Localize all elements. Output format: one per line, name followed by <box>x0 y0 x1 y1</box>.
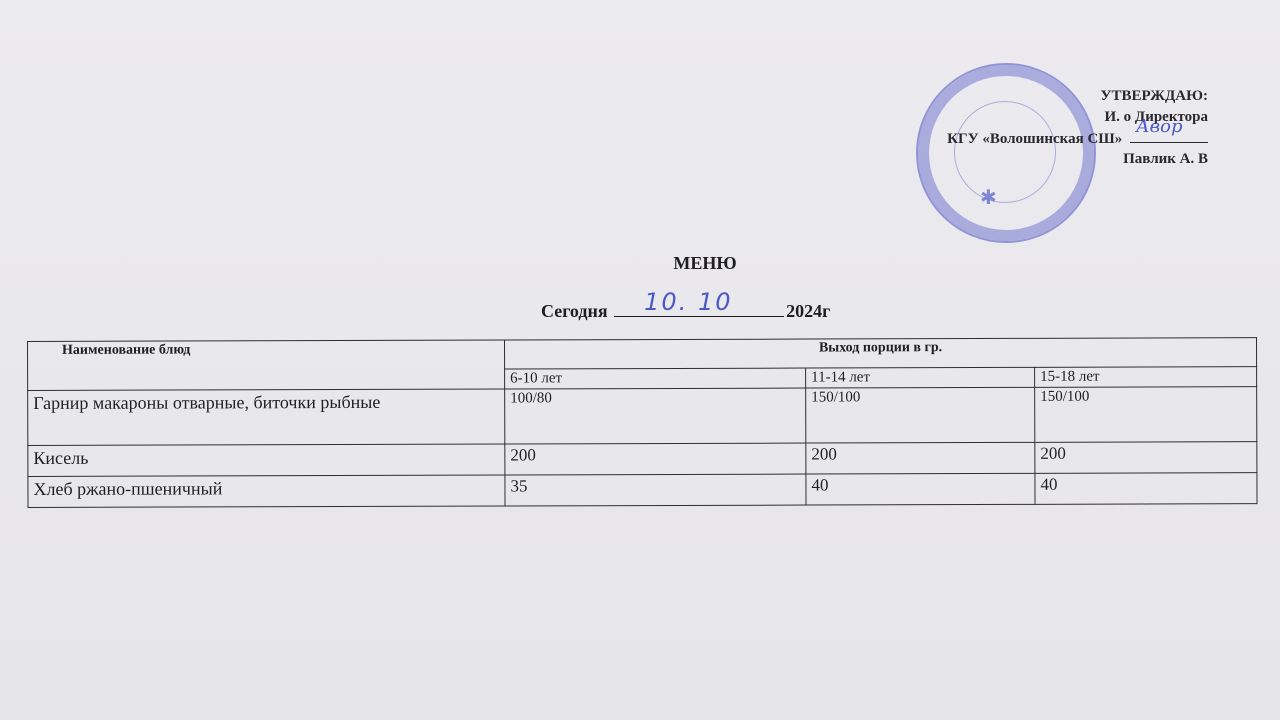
age-group: 6-10 лет <box>505 368 806 389</box>
portion-value: 200 <box>1035 442 1257 474</box>
date-suffix: 2024г <box>786 301 830 321</box>
approval-name: Павлик А. В <box>1123 149 1208 170</box>
page-title: МЕНЮ <box>0 253 1280 274</box>
portion-value: 35 <box>505 474 806 506</box>
dish-name: Кисель <box>28 444 505 476</box>
menu-table: Наименование блюд Выход порции в гр. 6-1… <box>27 337 1258 508</box>
date-line: Сегодня 10. 102024г <box>541 298 830 322</box>
dish-name: Гарнир макароны отварные, биточки рыбные <box>28 389 505 445</box>
portion-value: 100/80 <box>505 388 806 444</box>
header-portion-yield: Выход порции в гр. <box>504 338 1256 369</box>
table-row: Гарнир макароны отварные, биточки рыбные… <box>28 387 1257 446</box>
date-label: Сегодня <box>541 301 608 321</box>
table-row: Хлеб ржано-пшеничный 35 40 40 <box>28 473 1257 508</box>
portion-value: 200 <box>505 443 806 475</box>
portion-value: 150/100 <box>806 387 1035 443</box>
table-row: Кисель 200 200 200 <box>28 442 1257 477</box>
stamp-emblem <box>954 101 1056 203</box>
signature: Авор <box>1136 116 1182 137</box>
age-group: 11-14 лет <box>806 367 1035 388</box>
portion-value: 40 <box>1035 473 1257 505</box>
approval-heading: УТВЕРЖДАЮ: <box>1100 86 1208 107</box>
table-header-row: Наименование блюд Выход порции в гр. <box>28 338 1257 371</box>
dish-name: Хлеб ржано-пшеничный <box>28 475 505 507</box>
approval-organization-line: КГУ «Волошинская СШ» Авор <box>947 128 1208 150</box>
approval-organization: КГУ «Волошинская СШ» <box>947 131 1122 147</box>
header-dish-name: Наименование блюд <box>28 340 505 390</box>
age-group: 15-18 лет <box>1035 367 1257 388</box>
portion-value: 40 <box>806 473 1035 505</box>
date-handwritten: 10. 10 <box>644 288 732 316</box>
official-stamp: ✱ <box>916 63 1096 243</box>
star-icon: ✱ <box>980 185 997 210</box>
portion-value: 200 <box>806 442 1035 474</box>
signature-line: Авор <box>1130 128 1208 143</box>
approval-block: УТВЕРЖДАЮ: И. о Директора КГУ «Волошинск… <box>1100 86 1208 128</box>
portion-value: 150/100 <box>1035 387 1257 443</box>
date-blank: 10. 10 <box>614 298 784 317</box>
